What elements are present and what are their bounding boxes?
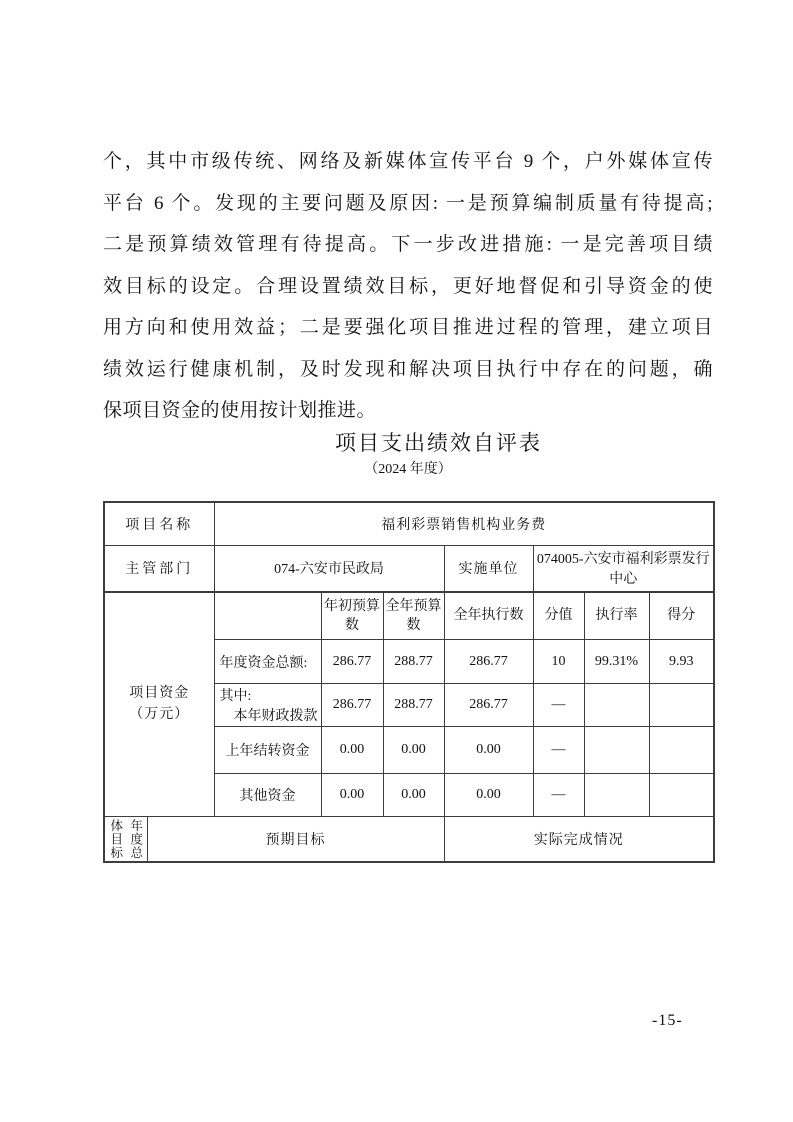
cell-value bbox=[649, 774, 714, 817]
cell-value: 286.77 bbox=[444, 640, 533, 684]
row-label-fiscal-allocation: 其中: 本年财政拨款 bbox=[214, 684, 321, 727]
project-name-label: 项目名称 bbox=[104, 502, 214, 546]
header-begin-budget: 年初预算数 bbox=[321, 592, 383, 640]
cell-value: — bbox=[533, 727, 584, 774]
paragraph-line: 保项目资金的使用按计划推进。 bbox=[103, 390, 713, 432]
cell-value: 286.77 bbox=[444, 684, 533, 727]
evaluation-table: 项目名称 福利彩票销售机构业务费 主管部门 074-六安市民政局 实施单位 07… bbox=[103, 501, 715, 864]
row-label-line2: 本年财政拨款 bbox=[220, 705, 321, 725]
paragraph-line: 平台 6 个。发现的主要问题及原因: 一是预算编制质量有待提高; bbox=[103, 183, 713, 225]
cell-value bbox=[584, 684, 649, 727]
annual-goal-label: 年度总体目标 bbox=[104, 817, 147, 863]
dept-label: 主管部门 bbox=[104, 546, 214, 592]
cell-value bbox=[584, 727, 649, 774]
row-label-line1: 其中: bbox=[220, 685, 321, 705]
row-label-other-funds: 其他资金 bbox=[214, 774, 321, 817]
dept-value: 074-六安市民政局 bbox=[214, 546, 444, 592]
cell-value: 9.93 bbox=[649, 640, 714, 684]
cell-value: 286.77 bbox=[321, 640, 383, 684]
cell-value: 0.00 bbox=[321, 774, 383, 817]
cell-value: 0.00 bbox=[444, 727, 533, 774]
paragraph-line: 绩效运行健康机制，及时发现和解决项目执行中存在的问题，确 bbox=[103, 349, 713, 391]
cell-value: 0.00 bbox=[321, 727, 383, 774]
cell-value: 288.77 bbox=[383, 684, 444, 727]
project-funds-label-line1: 项目资金 bbox=[105, 683, 214, 704]
project-name-value: 福利彩票销售机构业务费 bbox=[214, 502, 714, 546]
unit-label: 实施单位 bbox=[444, 546, 533, 592]
table-row: 项目名称 福利彩票销售机构业务费 bbox=[104, 502, 714, 546]
body-paragraph: 个，其中市级传统、网络及新媒体宣传平台 9 个，户外媒体宣传 平台 6 个。发现… bbox=[103, 141, 713, 432]
header-score: 得分 bbox=[649, 592, 714, 640]
header-executed: 全年执行数 bbox=[444, 592, 533, 640]
paragraph-line: 用方向和使用效益；二是要强化项目推进过程的管理，建立项目 bbox=[103, 307, 713, 349]
unit-value: 074005-六安市福利彩票发行中心 bbox=[533, 546, 714, 592]
cell-value: 0.00 bbox=[383, 727, 444, 774]
expected-goal-header: 预期目标 bbox=[147, 817, 444, 863]
cell-value: 10 bbox=[533, 640, 584, 684]
project-funds-label: 项目资金 （万元） bbox=[104, 592, 214, 817]
cell-value: — bbox=[533, 684, 584, 727]
cell-value: 286.77 bbox=[321, 684, 383, 727]
cell-value: 0.00 bbox=[444, 774, 533, 817]
header-execution-rate: 执行率 bbox=[584, 592, 649, 640]
form-title: 项目支出绩效自评表 bbox=[0, 429, 793, 457]
page-number: -15- bbox=[652, 1012, 683, 1030]
cell-value bbox=[584, 774, 649, 817]
table-header-row: 项目资金 （万元） 年初预算数 全年预算数 全年执行数 分值 执行率 得分 bbox=[104, 592, 714, 640]
row-label-total-funds: 年度资金总额: bbox=[214, 640, 321, 684]
header-full-year-budget: 全年预算数 bbox=[383, 592, 444, 640]
annual-goal-vertical-text: 年度总体目标 bbox=[106, 817, 146, 861]
paragraph-line: 个，其中市级传统、网络及新媒体宣传平台 9 个，户外媒体宣传 bbox=[103, 141, 713, 183]
table-row: 年度总体目标 预期目标 实际完成情况 bbox=[104, 817, 714, 863]
cell-value bbox=[649, 727, 714, 774]
empty-header-cell bbox=[214, 592, 321, 640]
header-points: 分值 bbox=[533, 592, 584, 640]
paragraph-line: 效目标的设定。合理设置绩效目标，更好地督促和引导资金的使 bbox=[103, 266, 713, 308]
paragraph-line: 二是预算绩效管理有待提高。下一步改进措施: 一是完善项目绩 bbox=[103, 224, 713, 266]
cell-value: — bbox=[533, 774, 584, 817]
table-row: 主管部门 074-六安市民政局 实施单位 074005-六安市福利彩票发行中心 bbox=[104, 546, 714, 592]
project-funds-label-line2: （万元） bbox=[105, 704, 214, 725]
row-label-carryover-funds: 上年结转资金 bbox=[214, 727, 321, 774]
actual-completion-header: 实际完成情况 bbox=[444, 817, 714, 863]
document-page: 个，其中市级传统、网络及新媒体宣传平台 9 个，户外媒体宣传 平台 6 个。发现… bbox=[0, 0, 793, 1122]
cell-value: 288.77 bbox=[383, 640, 444, 684]
cell-value: 0.00 bbox=[383, 774, 444, 817]
cell-value bbox=[649, 684, 714, 727]
form-subtitle: （2024 年度） bbox=[103, 460, 713, 480]
cell-value: 99.31% bbox=[584, 640, 649, 684]
